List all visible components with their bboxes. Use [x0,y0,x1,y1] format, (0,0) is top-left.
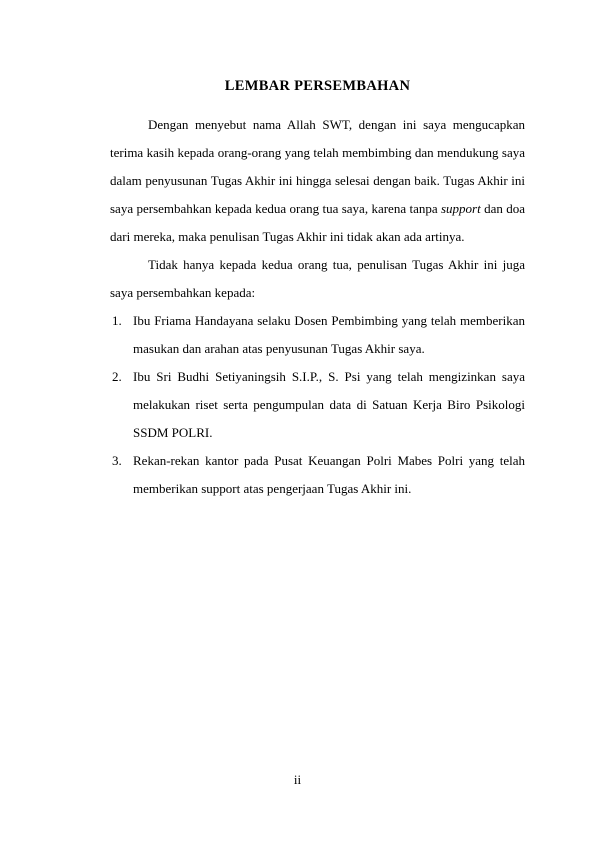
list-item-number: 3. [112,447,122,475]
list-item-text: Ibu Sri Budhi Setiyaningsih S.I.P., S. P… [133,369,525,440]
paragraph1-italic-support: support [441,201,481,216]
page-number: ii [0,772,595,788]
document-page: LEMBAR PERSEMBAHAN Dengan menyebut nama … [0,0,595,842]
list-item-text: Rekan-rekan kantor pada Pusat Keuangan P… [133,453,525,496]
list-item-number: 1. [112,307,122,335]
paragraph-dedication-intro: Tidak hanya kepada kedua orang tua, penu… [110,251,525,307]
dedication-list: 1. Ibu Friama Handayana selaku Dosen Pem… [110,307,525,503]
body-text: Dengan menyebut nama Allah SWT, dengan i… [110,111,525,503]
list-item-text: Ibu Friama Handayana selaku Dosen Pembim… [133,313,525,356]
page-title: LEMBAR PERSEMBAHAN [110,78,525,95]
list-item: 2. Ibu Sri Budhi Setiyaningsih S.I.P., S… [110,363,525,447]
paragraph-dedication-parents: Dengan menyebut nama Allah SWT, dengan i… [110,111,525,251]
list-item-number: 2. [112,363,122,391]
page-content: LEMBAR PERSEMBAHAN Dengan menyebut nama … [110,78,525,503]
list-item: 1. Ibu Friama Handayana selaku Dosen Pem… [110,307,525,363]
list-item: 3. Rekan-rekan kantor pada Pusat Keuanga… [110,447,525,503]
